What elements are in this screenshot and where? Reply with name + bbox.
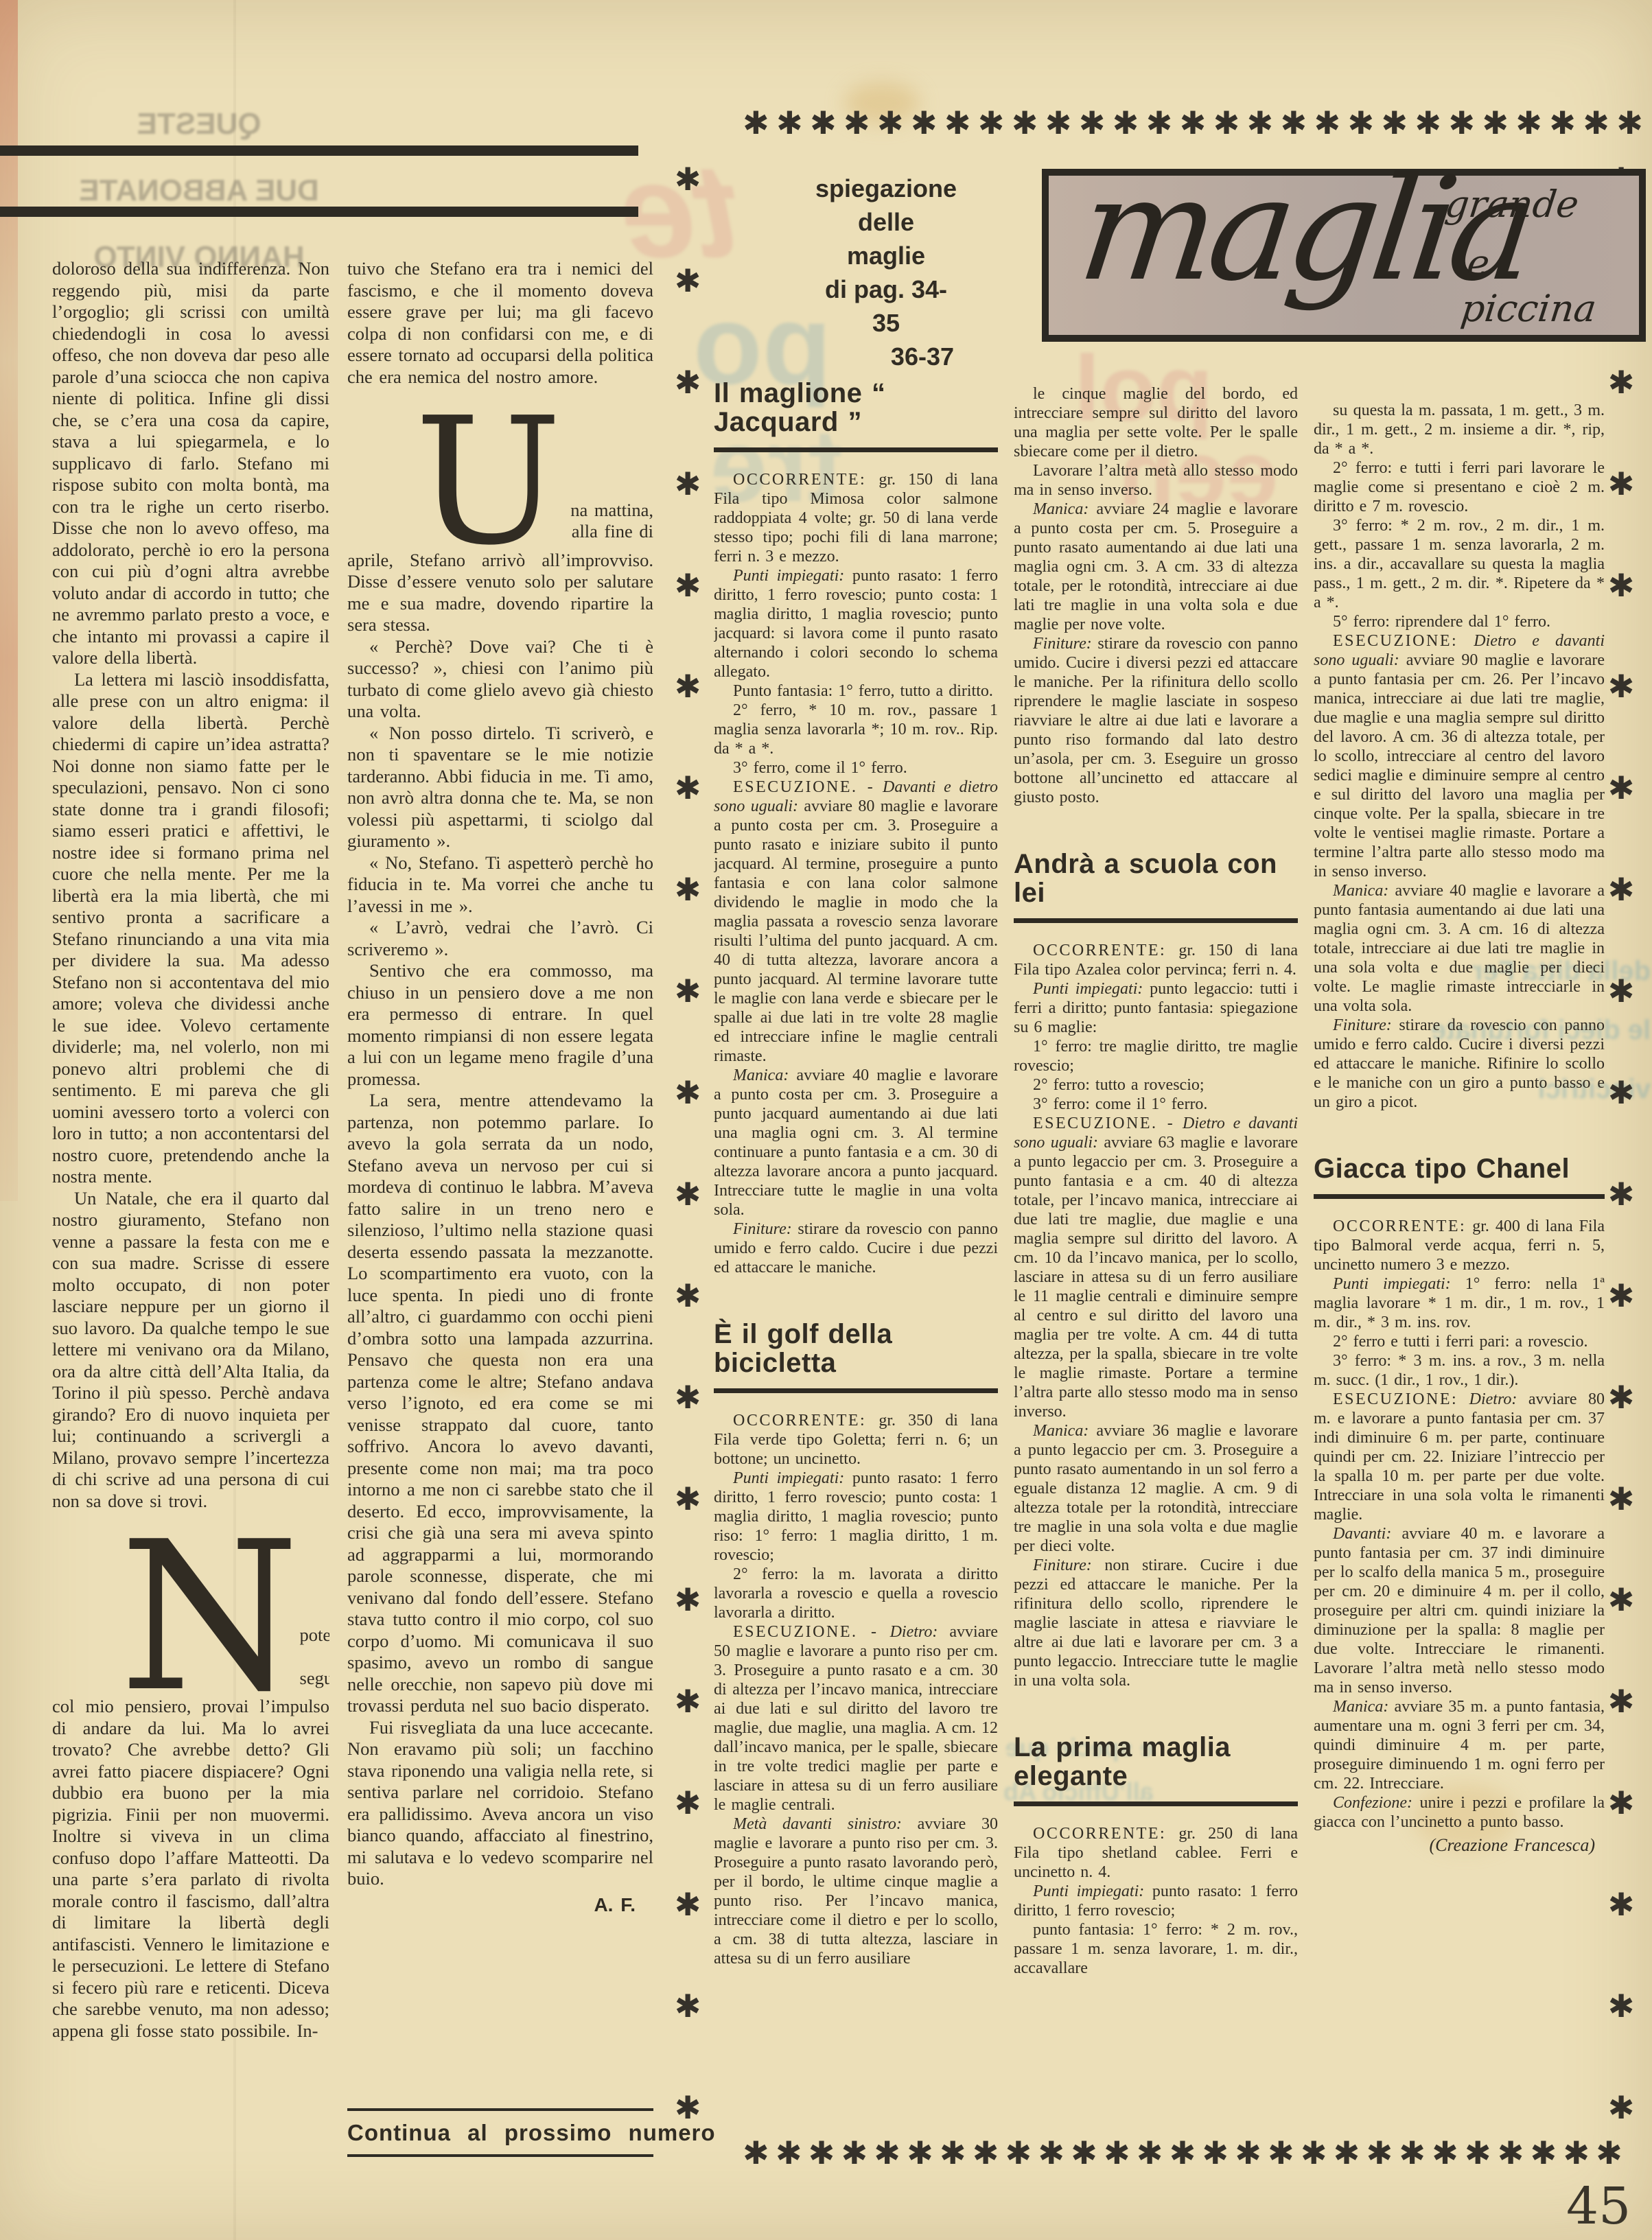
explain-reference-note: spiegazionedelle magliedi pag. 34-3536-3…	[815, 172, 957, 373]
paragraph: « Perchè? Dove vai? Che ti è successo? »…	[347, 636, 653, 723]
asterisk-ornament-icon: ✱	[844, 107, 870, 139]
knitting-column-1: Il maglione “ Jacquard ”OCCORRENTE: gr. …	[714, 379, 998, 2136]
asterisk-ornament-icon: ✱	[1563, 2137, 1590, 2169]
paragraph: Finiture: stirare da rovescio con panno …	[714, 1220, 998, 1277]
explain-line: 36-37	[815, 340, 957, 373]
title-piccina: piccina	[1459, 287, 1599, 330]
asterisk-ornament-icon: ✱	[911, 107, 938, 139]
asterisk-ornament-icon: ✱	[1608, 772, 1635, 804]
asterisk-ornament-icon: ✱	[675, 975, 701, 1007]
paragraph: Finiture: non stirare. Cucire i due pezz…	[1014, 1556, 1298, 1690]
asterisk-ornament-icon: ✱	[810, 107, 837, 139]
paragraph: OCCORRENTE: gr. 350 di lana Fila verde t…	[714, 1411, 998, 1469]
asterisk-ornament-icon: ✱	[1608, 1990, 1635, 2022]
asterisk-ornament-icon: ✱	[1202, 2137, 1229, 2169]
paragraph: ESECUZIONE: Dietro e davanti sono uguali…	[1314, 631, 1605, 881]
asterisk-ornament-icon: ✱	[1608, 1685, 1635, 1717]
asterisk-ornament-icon: ✱	[675, 163, 701, 195]
dropcap-lead-lines: na mattina,alla fine di	[562, 500, 653, 546]
explain-line: spiegazione	[815, 172, 957, 205]
asterisk-ornament-icon: ✱	[944, 107, 971, 139]
asterisk-ornament-icon: ✱	[776, 2137, 802, 2169]
asterisk-border-left: ✱✱✱✱✱✱✱✱✱✱✱✱✱✱✱✱✱✱✱✱	[670, 163, 706, 2123]
paragraph: Punti impiegati: 1° ferro: nella 1ª magl…	[1314, 1274, 1605, 1332]
asterisk-ornament-icon: ✱	[1531, 2137, 1557, 2169]
asterisk-ornament-icon: ✱	[1583, 107, 1609, 139]
asterisk-ornament-icon: ✱	[1366, 2137, 1393, 2169]
page-number: 45	[1566, 2177, 1631, 2236]
asterisk-ornament-icon: ✱	[675, 1787, 701, 1819]
paragraph: OCCORRENTE: gr. 400 di lana Fila tipo Ba…	[1314, 1217, 1605, 1274]
asterisk-ornament-icon: ✱	[1334, 2137, 1360, 2169]
asterisk-ornament-icon: ✱	[1608, 1381, 1635, 1413]
asterisk-ornament-icon: ✱	[1079, 107, 1106, 139]
asterisk-border-bottom: ✱✱✱✱✱✱✱✱✱✱✱✱✱✱✱✱✱✱✱✱✱✱✱✱✱✱✱	[743, 2137, 1622, 2169]
paragraph: Confezione: unire i pezzi e profilare la…	[1314, 1793, 1605, 1832]
paragraph: ESECUZIONE: Dietro: avviare 80 m. e lavo…	[1314, 1390, 1605, 1524]
drop-cap-letter: N	[119, 1543, 300, 1692]
paragraph: Sentivo che era commosso, ma chiuso in u…	[347, 960, 653, 1090]
paragraph: 2° ferro e tutti i ferri pari: a rovesci…	[1314, 1332, 1605, 1351]
paragraph: Manica: avviare 24 maglie e lavorare a p…	[1014, 500, 1298, 634]
paragraph: ESECUZIONE. - Davanti e dietro sono ugua…	[714, 778, 998, 1066]
paragraph: aprile, Stefano arrivò all’improvviso. D…	[347, 550, 653, 636]
asterisk-ornament-icon: ✱	[1247, 107, 1274, 139]
asterisk-ornament-icon: ✱	[1005, 2137, 1032, 2169]
paragraph: punto fantasia: 1° ferro: * 2 m. rov., p…	[1014, 1920, 1298, 1978]
asterisk-ornament-icon: ✱	[1549, 107, 1576, 139]
asterisk-ornament-icon: ✱	[1608, 1584, 1635, 1615]
paragraph: 2° ferro: la m. lavorata a diritto lavor…	[714, 1565, 998, 1622]
story-column-2: tuivo che Stefano era tra i nemici del f…	[347, 258, 653, 2111]
asterisk-ornament-icon: ✱	[675, 1280, 701, 1311]
paragraph: Punto fantasia: 1° ferro, tutto a diritt…	[714, 681, 998, 701]
paragraph: Manica: avviare 40 maglie e lavorare a p…	[714, 1066, 998, 1220]
story-column-1: doloroso della sua indifferenza. Non reg…	[52, 258, 329, 2140]
asterisk-ornament-icon: ✱	[978, 107, 1005, 139]
paragraph: 3° ferro: * 2 m. rov., 2 m. dir., 1 m. g…	[1314, 516, 1605, 612]
paragraph: OCCORRENTE: gr. 250 di lana Fila tipo sh…	[1014, 1824, 1298, 1882]
asterisk-ornament-icon: ✱	[1137, 2137, 1163, 2169]
asterisk-ornament-icon: ✱	[675, 1685, 701, 1717]
asterisk-ornament-icon: ✱	[877, 107, 904, 139]
paragraph: ESECUZIONE. - Dietro e davanti sono ugua…	[1014, 1114, 1298, 1421]
dropcap-block: Una mattina,alla fine di	[347, 419, 653, 546]
drop-cap-letter: U	[415, 419, 562, 546]
paragraph: Manica: avviare 36 maglie e lavorare a p…	[1014, 1421, 1298, 1556]
asterisk-ornament-icon: ✱	[743, 2137, 769, 2169]
asterisk-ornament-icon: ✱	[1170, 2137, 1196, 2169]
paragraph: Un Natale, che era il quarto dal nostro …	[52, 1188, 329, 1513]
asterisk-ornament-icon: ✱	[1608, 468, 1635, 500]
paragraph: Finiture: stirare da rovescio con panno …	[1014, 634, 1298, 807]
paragraph: 3° ferro: * 3 m. ins. a rov., 3 m. nella…	[1314, 1351, 1605, 1390]
asterisk-ornament-icon: ✱	[1596, 2137, 1622, 2169]
paragraph: 3° ferro: come il 1° ferro.	[1014, 1095, 1298, 1114]
asterisk-ornament-icon: ✱	[1608, 570, 1635, 601]
asterisk-ornament-icon: ✱	[1608, 1889, 1635, 1920]
asterisk-ornament-icon: ✱	[1038, 2137, 1065, 2169]
asterisk-ornament-icon: ✱	[675, 874, 701, 905]
asterisk-ornament-icon: ✱	[1608, 874, 1635, 905]
asterisk-ornament-icon: ✱	[808, 2137, 835, 2169]
asterisk-ornament-icon: ✱	[1608, 1280, 1635, 1311]
paragraph: Punti impiegati: punto legaccio: tutti i…	[1014, 979, 1298, 1037]
asterisk-ornament-icon: ✱	[1399, 2137, 1426, 2169]
asterisk-ornament-icon: ✱	[1608, 366, 1635, 398]
asterisk-border-top: ✱✱✱✱✱✱✱✱✱✱✱✱✱✱✱✱✱✱✱✱✱✱✱✱✱✱✱	[743, 107, 1643, 139]
asterisk-ornament-icon: ✱	[675, 1077, 701, 1108]
asterisk-ornament-icon: ✱	[940, 2137, 966, 2169]
paragraph: 2° ferro, * 10 m. rov., passare 1 maglia…	[714, 701, 998, 758]
asterisk-ornament-icon: ✱	[1381, 107, 1408, 139]
asterisk-ornament-icon: ✱	[841, 2137, 868, 2169]
paragraph: Fui risvegliata da una luce accecante. N…	[347, 1717, 653, 1890]
asterisk-ornament-icon: ✱	[1045, 107, 1072, 139]
paragraph: Punti impiegati: punto rasato: 1 ferro d…	[1014, 1882, 1298, 1920]
asterisk-ornament-icon: ✱	[1608, 975, 1635, 1007]
paragraph: « L’avrò, vedrai che l’avrò. Ci scrivere…	[347, 917, 653, 960]
horizontal-rule-bar	[0, 145, 638, 156]
asterisk-ornament-icon: ✱	[1301, 2137, 1327, 2169]
asterisk-ornament-icon: ✱	[675, 2092, 701, 2123]
asterisk-ornament-icon: ✱	[1608, 1787, 1635, 1819]
paragraph: Punti impiegati: punto rasato: 1 ferro d…	[714, 566, 998, 681]
asterisk-ornament-icon: ✱	[1213, 107, 1240, 139]
paragraph: tuivo che Stefano era tra i nemici del f…	[347, 258, 653, 388]
asterisk-ornament-icon: ✱	[675, 265, 701, 296]
asterisk-ornament-icon: ✱	[1071, 2137, 1097, 2169]
paragraph: Metà davanti sinistro: avviare 30 maglie…	[714, 1815, 998, 1968]
asterisk-ornament-icon: ✱	[1146, 107, 1173, 139]
section-title-box: maglia grande e piccina	[1042, 169, 1646, 342]
asterisk-ornament-icon: ✱	[776, 107, 803, 139]
asterisk-ornament-icon: ✱	[743, 107, 769, 139]
explain-line: delle maglie	[815, 205, 957, 272]
asterisk-ornament-icon: ✱	[1235, 2137, 1261, 2169]
asterisk-ornament-icon: ✱	[1608, 670, 1635, 702]
asterisk-ornament-icon: ✱	[1012, 107, 1038, 139]
paragraph: 5° ferro: riprendere dal 1° ferro.	[1314, 612, 1605, 631]
asterisk-ornament-icon: ✱	[1482, 107, 1509, 139]
section-heading: È il golf della bicicletta	[714, 1320, 998, 1393]
asterisk-ornament-icon: ✱	[1616, 107, 1643, 139]
asterisk-ornament-icon: ✱	[675, 1889, 701, 1920]
paragraph: « Non posso dirtelo. Ti scriverò, e non …	[347, 723, 653, 852]
signature: A. F.	[347, 1894, 653, 1916]
title-grande: grande	[1443, 183, 1581, 226]
paragraph: col mio pensiero, provai l’impulso di an…	[52, 1696, 329, 2042]
paragraph: Punti impiegati: punto rasato: 1 ferro d…	[714, 1469, 998, 1565]
asterisk-ornament-icon: ✱	[675, 1990, 701, 2022]
asterisk-ornament-icon: ✱	[675, 1584, 701, 1615]
paragraph: « No, Stefano. Ti aspetterò perchè ho fi…	[347, 852, 653, 918]
asterisk-ornament-icon: ✱	[1347, 107, 1374, 139]
horizontal-rule-bar	[0, 207, 638, 217]
dropcap-block: Non potendopiù seguirlo	[52, 1543, 329, 1692]
asterisk-ornament-icon: ✱	[1281, 107, 1307, 139]
asterisk-ornament-icon: ✱	[874, 2137, 900, 2169]
paragraph: ESECUZIONE. - Dietro: avviare 50 maglie …	[714, 1622, 998, 1815]
asterisk-ornament-icon: ✱	[1608, 1483, 1635, 1515]
paragraph: La sera, mentre attendevamo la partenza,…	[347, 1090, 653, 1717]
asterisk-ornament-icon: ✱	[1608, 2092, 1635, 2123]
asterisk-ornament-icon: ✱	[675, 570, 701, 601]
dropcap-lead-lines: on potendopiù seguirlo	[300, 1602, 330, 1692]
asterisk-ornament-icon: ✱	[1180, 107, 1207, 139]
section-heading: Giacca tipo Chanel	[1314, 1154, 1605, 1199]
knitting-column-3: su questa la m. passata, 1 m. gett., 3 m…	[1314, 401, 1605, 2158]
section-heading: Andrà a scuola con lei	[1014, 850, 1298, 923]
asterisk-ornament-icon: ✱	[1465, 2137, 1491, 2169]
paragraph: Manica: avviare 40 maglie e lavorare a p…	[1314, 881, 1605, 1016]
paragraph: Finiture: stirare da rovescio con panno …	[1314, 1016, 1605, 1112]
explain-line: di pag. 34-35	[815, 272, 957, 340]
section-heading: Il maglione “ Jacquard ”	[714, 379, 998, 452]
section-heading: La prima maglia elegante	[1014, 1733, 1298, 1806]
asterisk-ornament-icon: ✱	[1113, 107, 1139, 139]
paragraph: doloroso della sua indifferenza. Non reg…	[52, 258, 329, 669]
paragraph: 2° ferro: e tutti i ferri pari lavorare …	[1314, 458, 1605, 516]
asterisk-ornament-icon: ✱	[1608, 1178, 1635, 1210]
asterisk-ornament-icon: ✱	[907, 2137, 933, 2169]
magazine-page: QUESTEDUE ABBONATEHANNO VINTO te po tre …	[0, 0, 1652, 2240]
asterisk-ornament-icon: ✱	[1515, 107, 1542, 139]
paragraph: 3° ferro, come il 1° ferro.	[714, 758, 998, 778]
asterisk-ornament-icon: ✱	[675, 366, 701, 398]
asterisk-ornament-icon: ✱	[1104, 2137, 1130, 2169]
paragraph: OCCORRENTE: gr. 150 di lana Fila tipo Mi…	[714, 470, 998, 566]
asterisk-ornament-icon: ✱	[675, 1483, 701, 1515]
asterisk-ornament-icon: ✱	[675, 772, 701, 804]
asterisk-ornament-icon: ✱	[973, 2137, 999, 2169]
asterisk-ornament-icon: ✱	[675, 1381, 701, 1413]
asterisk-ornament-icon: ✱	[1268, 2137, 1294, 2169]
asterisk-ornament-icon: ✱	[1432, 2137, 1458, 2169]
continua-footer: Continua al prossimo numero	[347, 2108, 653, 2157]
paragraph: La lettera mi lasciò insoddisfatta, alle…	[52, 669, 329, 1188]
paragraph: le cinque maglie del bordo, ed intreccia…	[1014, 384, 1298, 461]
asterisk-ornament-icon: ✱	[675, 670, 701, 702]
paragraph: Manica: avviare 35 m. a punto fantasia, …	[1314, 1697, 1605, 1793]
asterisk-ornament-icon: ✱	[675, 1178, 701, 1210]
asterisk-ornament-icon: ✱	[1448, 107, 1475, 139]
left-edge-ink-bleed	[0, 0, 18, 1201]
knitting-column-2: le cinque maglie del bordo, ed intreccia…	[1014, 384, 1298, 2136]
paragraph: OCCORRENTE: gr. 150 di lana Fila tipo Az…	[1014, 941, 1298, 979]
paragraph: su questa la m. passata, 1 m. gett., 3 m…	[1314, 401, 1605, 458]
signature: (Creazione Francesca)	[1314, 1836, 1605, 1855]
asterisk-ornament-icon: ✱	[1314, 107, 1340, 139]
asterisk-ornament-icon: ✱	[1608, 1077, 1635, 1108]
asterisk-border-right: ✱✱✱✱✱✱✱✱✱✱✱✱✱✱✱✱✱✱✱✱	[1603, 163, 1639, 2123]
asterisk-ornament-icon: ✱	[675, 468, 701, 500]
paragraph: 2° ferro: tutto a rovescio;	[1014, 1075, 1298, 1095]
asterisk-ornament-icon: ✱	[1415, 107, 1441, 139]
paragraph: Davanti: avviare 40 m. e lavorare a punt…	[1314, 1524, 1605, 1697]
asterisk-ornament-icon: ✱	[1498, 2137, 1524, 2169]
paragraph: 1° ferro: tre maglie diritto, tre maglie…	[1014, 1037, 1298, 1075]
paragraph: Lavorare l’altra metà allo stesso modo m…	[1014, 461, 1298, 500]
